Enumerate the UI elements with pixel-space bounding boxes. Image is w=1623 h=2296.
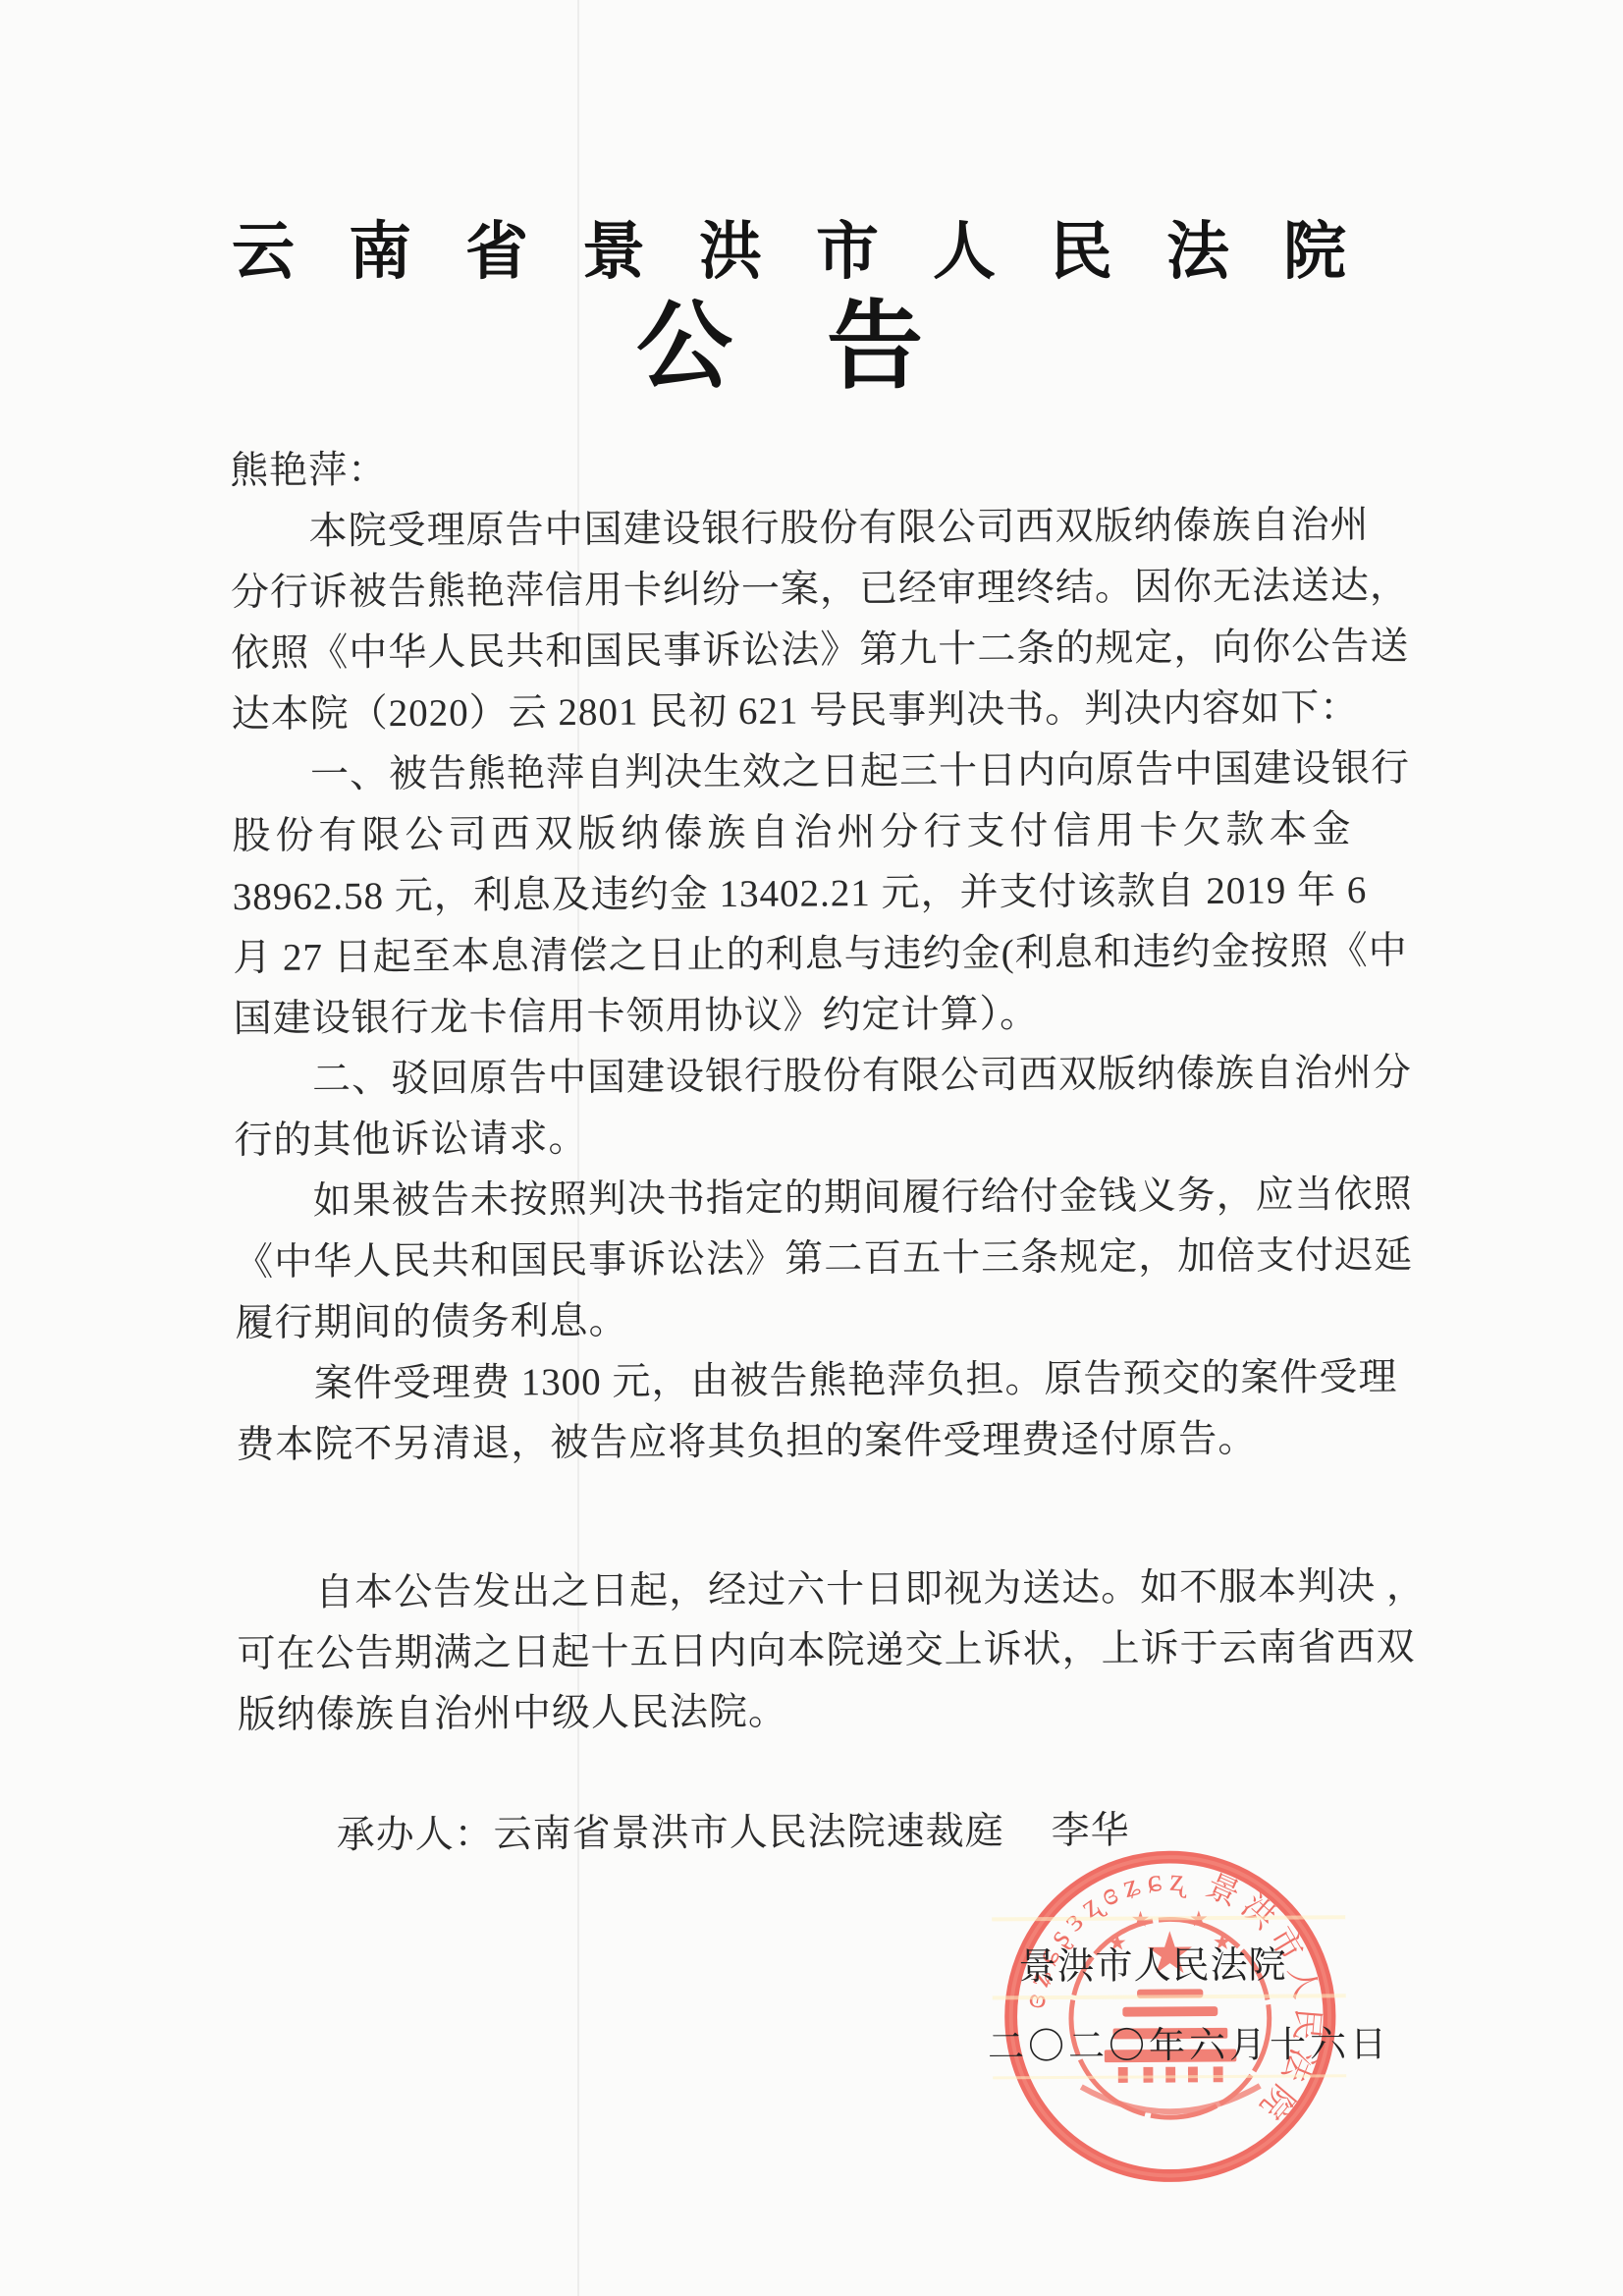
body-line: 本院受理原告中国建设银行股份有限公司西双版纳傣族自治州	[230, 495, 1388, 563]
body-line: 分行诉被告熊艳萍信用卡纠纷一案，已经审理终结。因你无法送达，	[231, 556, 1389, 624]
undertaker-label: 承办人：云南省景洪市人民法院速裁庭	[337, 1810, 1004, 1856]
body-line: 一、被告熊艳萍自判决生效之日起三十日内向原告中国建设银行	[232, 738, 1390, 806]
document-page: 云南省景洪市人民法院 公告 熊艳萍： 本院受理原告中国建设银行股份有限公司西双版…	[0, 0, 1623, 2296]
body-line: 履行期间的债务利息。	[235, 1286, 1393, 1354]
body-line: 二、驳回原告中国建设银行股份有限公司西双版纳傣族自治州分	[234, 1043, 1392, 1111]
body-line: 费本院不另清退，被告应将其负担的案件受理费迳付原告。	[236, 1408, 1394, 1476]
body-line: 版纳傣族自治州中级人民法院。	[238, 1678, 1396, 1746]
body-line: 依照《中华人民共和国民事诉讼法》第九十二条的规定，向你公告送	[231, 617, 1389, 684]
body-line: 月 27 日起至本息清偿之日止的利息与违约金(利息和违约金按照《中	[233, 921, 1391, 989]
body-line: 38962.58 元，利息及违约金 13402.21 元，并支付该款自 2019…	[233, 860, 1391, 928]
body-line: 可在公告期满之日起十五日内向本院递交上诉状，上诉于云南省西双	[237, 1617, 1395, 1685]
body-line: 股份有限公司西双版纳傣族自治州分行支付信用卡欠款本金	[232, 799, 1390, 867]
document-content: 熊艳萍： 本院受理原告中国建设银行股份有限公司西双版纳傣族自治州 分行诉被告熊艳…	[0, 0, 1623, 2296]
seal-overlay-court-name: 景洪市人民法院	[1018, 1945, 1286, 1989]
body-line: 如果被告未按照判决书指定的期间履行给付金钱义务，应当依照	[235, 1165, 1393, 1232]
addressee: 熊艳萍：	[230, 434, 1388, 502]
body-line: 《中华人民共和国民事诉讼法》第二百五十三条规定，加倍支付迟延	[235, 1226, 1393, 1293]
official-seal-graphic: ɞʑɕʂɜʐɞʑɕʐ景洪市人民法院	[995, 1840, 1346, 2192]
body-line: 自本公告发出之日起，经过六十日即视为送达。如不服本判决 ，	[237, 1557, 1395, 1624]
body-line: 国建设银行龙卡信用卡领用协议》约定计算）。	[233, 982, 1391, 1050]
seal-overlay-date: 二〇二〇年六月十六日	[988, 2025, 1390, 2069]
national-emblem-icon	[1070, 1910, 1270, 2118]
body-text: 熊艳萍： 本院受理原告中国建设银行股份有限公司西双版纳傣族自治州 分行诉被告熊艳…	[230, 434, 1396, 1746]
official-seal: ɞʑɕʂɜʐɞʑɕʐ景洪市人民法院	[995, 1840, 1346, 2192]
body-line: 案件受理费 1300 元，由被告熊艳萍负担。原告预交的案件受理	[236, 1347, 1394, 1415]
seal-arc-script-decor: ɞʑɕʂɜʐɞʑɕʐ	[1015, 1862, 1193, 2010]
body-line: 达本院（2020）云 2801 民初 621 号民事判决书。判决内容如下：	[232, 678, 1390, 745]
body-line: 行的其他诉讼请求。	[234, 1104, 1392, 1172]
